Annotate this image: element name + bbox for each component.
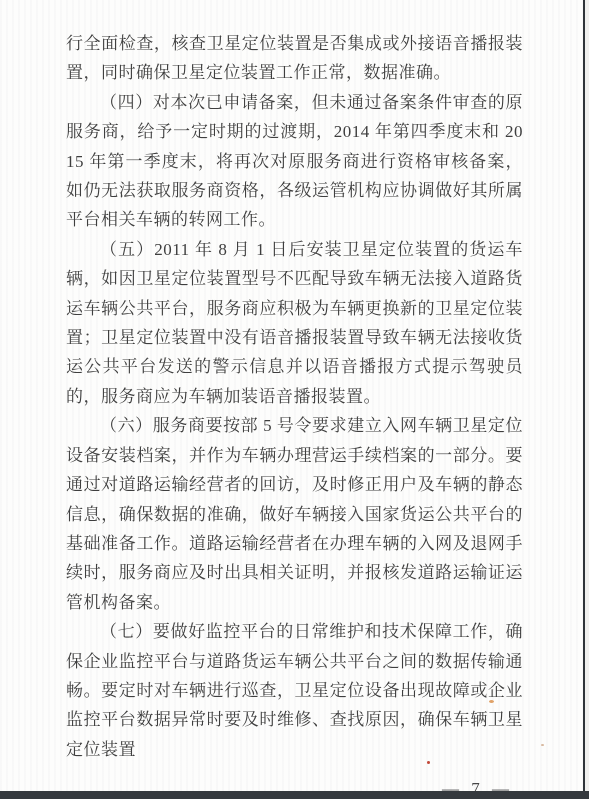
- paragraph-item-4: （四）对本次已申请备案，但未通过备案条件审查的原服务商，给予一定时期的过渡期，2…: [66, 88, 523, 235]
- scan-speck: [541, 744, 544, 746]
- page-right-edge-shadow: [583, 0, 585, 799]
- page-right-margin-sliver: [585, 0, 589, 799]
- paragraph-item-7: （七）要做好监控平台的日常维护和技术保障工作，确保企业监控平台与道路货运车辆公共…: [66, 617, 523, 764]
- scanned-document-page: 行全面检查，核查卫星定位装置是否集成或外接语音播报装置，同时确保卫星定位装置工作…: [0, 0, 589, 799]
- scan-speck: [427, 761, 430, 764]
- page-bottom-edge-shadow: [0, 791, 589, 799]
- scan-speck: [489, 700, 494, 703]
- document-text-block: 行全面检查，核查卫星定位装置是否集成或外接语音播报装置，同时确保卫星定位装置工作…: [66, 29, 523, 799]
- paragraph-item-5: （五）2011 年 8 月 1 日后安装卫星定位装置的货运车辆，如因卫星定位装置…: [66, 235, 523, 411]
- paragraph-continuation: 行全面检查，核查卫星定位装置是否集成或外接语音播报装置，同时确保卫星定位装置工作…: [66, 29, 523, 88]
- paragraph-item-6: （六）服务商要按部 5 号令要求建立入网车辆卫星定位设备安装档案，并作为车辆办理…: [66, 411, 523, 617]
